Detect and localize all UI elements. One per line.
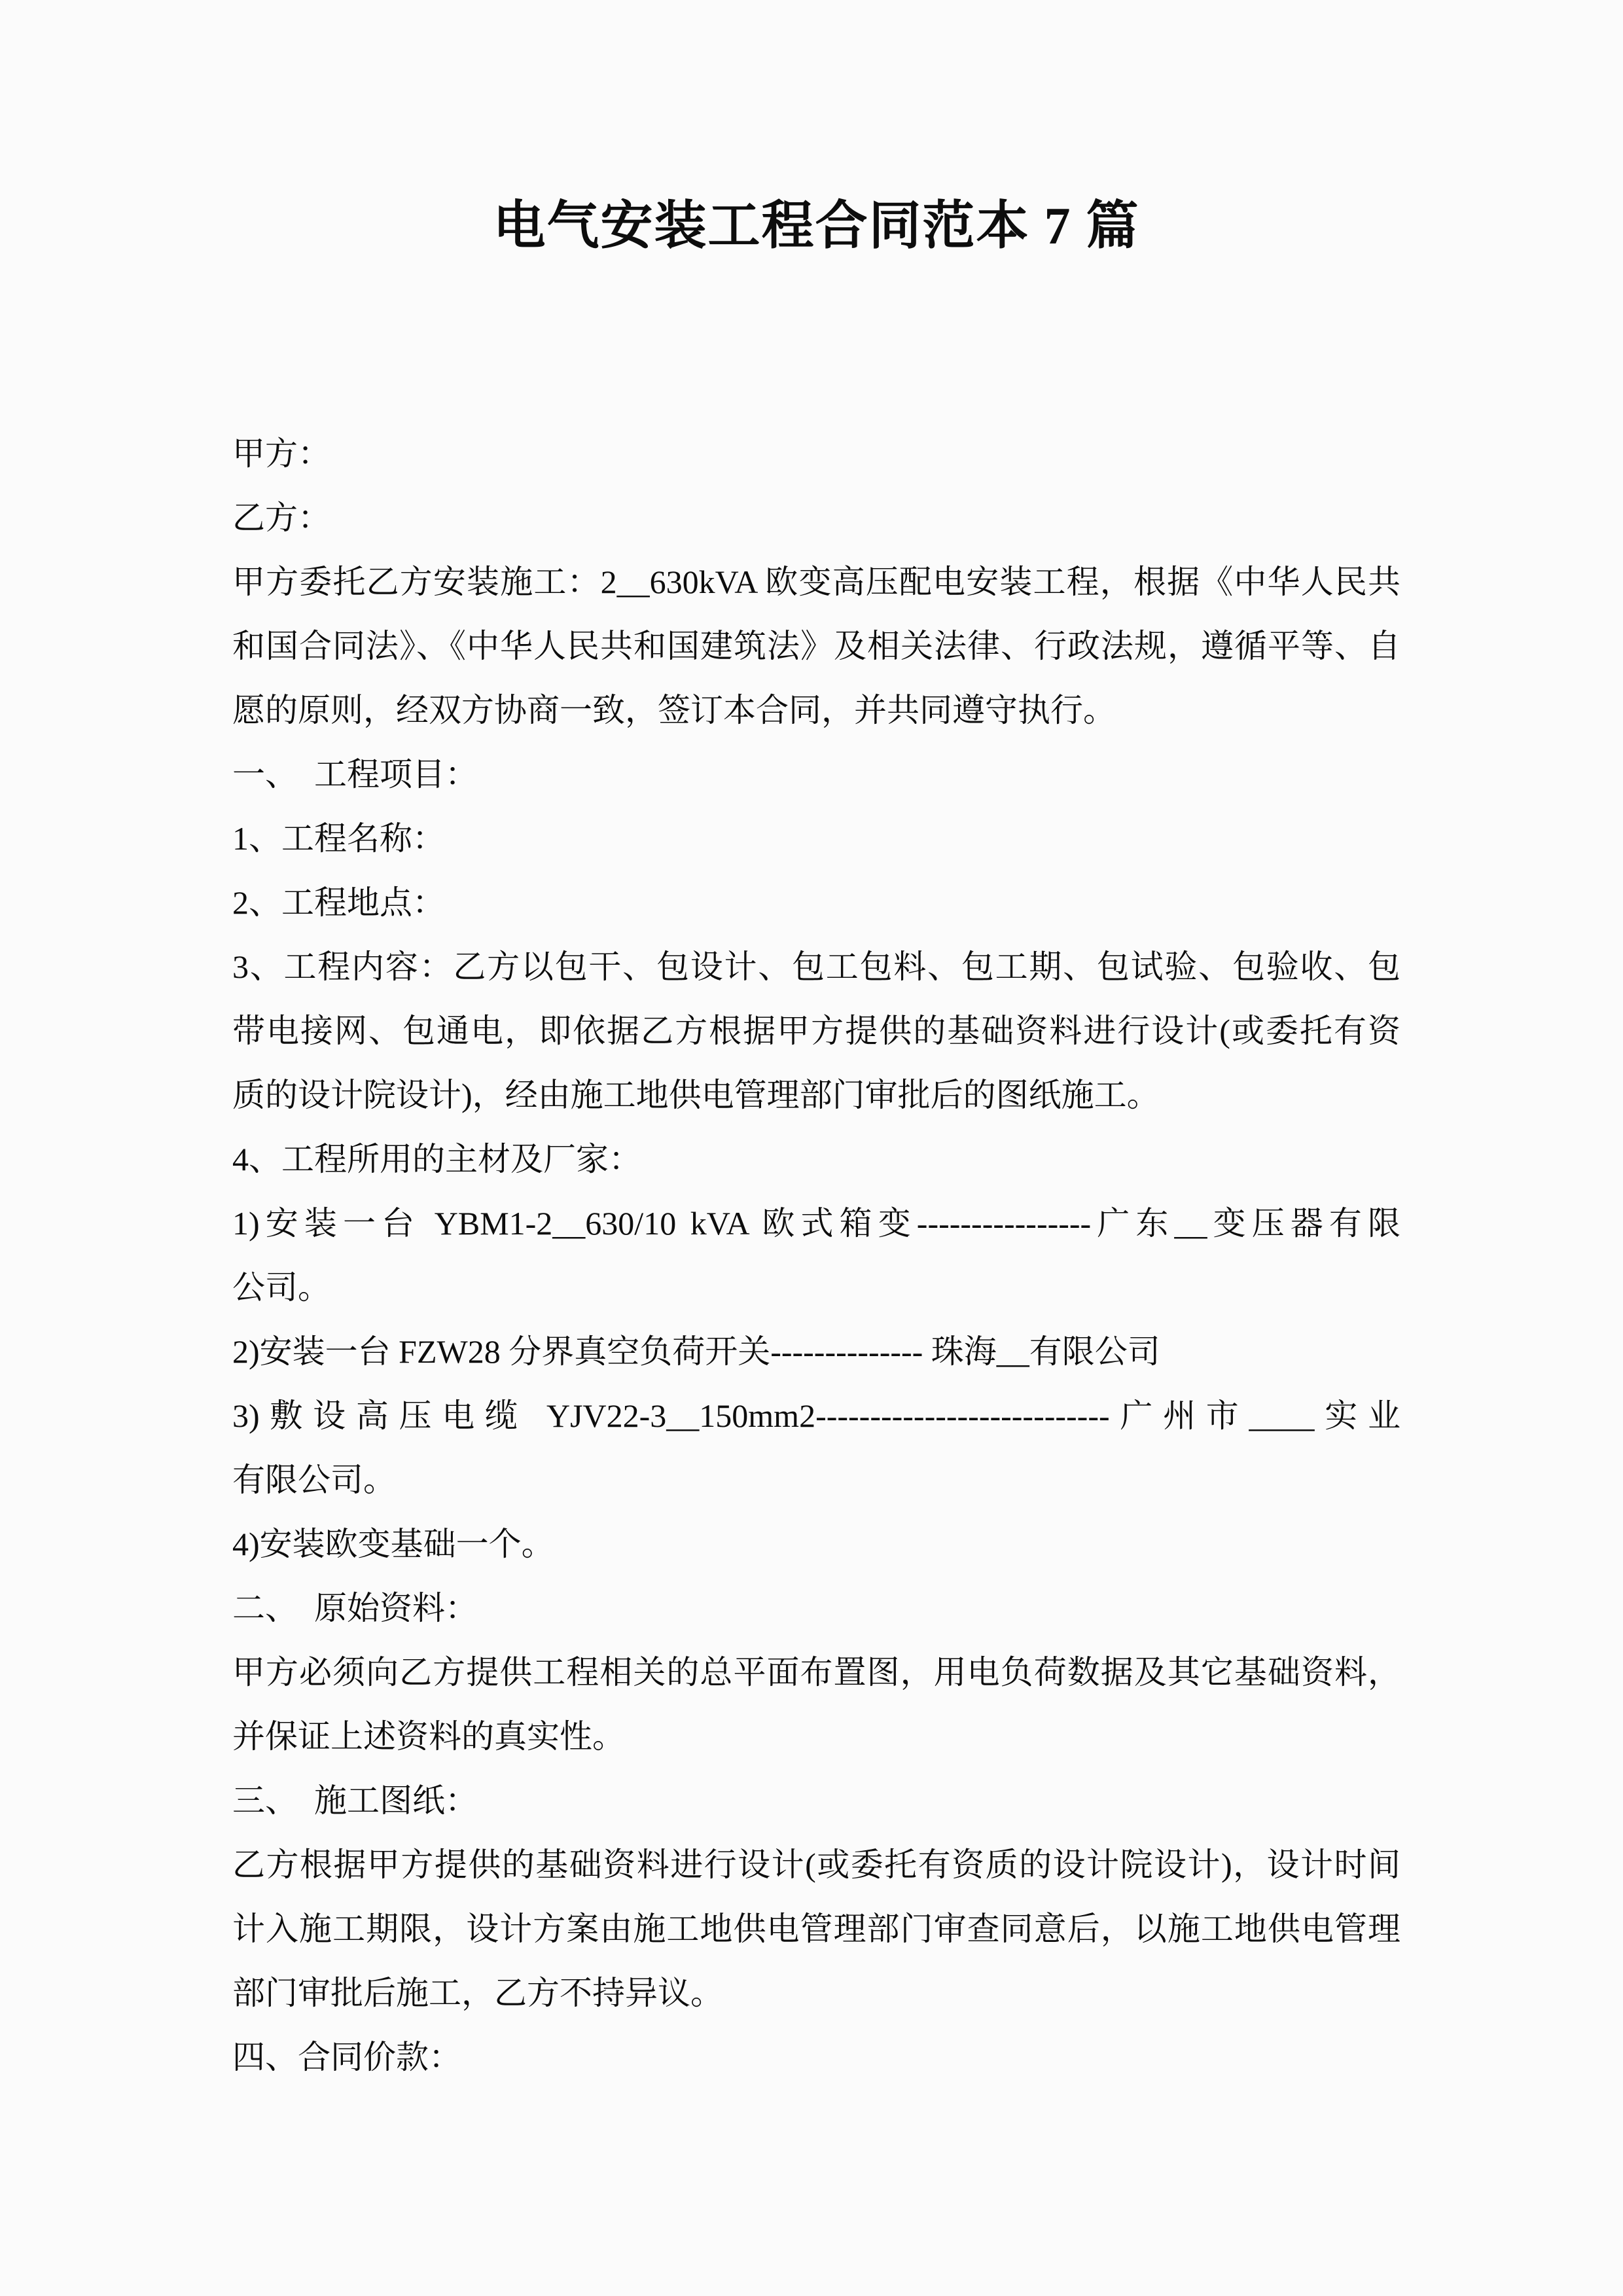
paragraph-line: 和国合同法》、《中华人民共和国建筑法》及相关法律、行政法规，遵循平等、自 <box>232 614 1400 678</box>
paragraph-line: 1)安装一台 YBM1-2__630/10 kVA 欧式箱变----------… <box>232 1191 1400 1255</box>
paragraph-line: 部门审批后施工，乙方不持异议。 <box>232 1961 1400 2025</box>
paragraph-line: 2、工程地点： <box>232 870 1400 935</box>
paragraph-line: 带电接网、包通电，即依据乙方根据甲方提供的基础资料进行设计(或委托有资 <box>232 999 1400 1063</box>
paragraph-line: 有限公司。 <box>232 1448 1400 1512</box>
paragraph-line: 二、 原始资料： <box>232 1576 1400 1640</box>
paragraph-line: 并保证上述资料的真实性。 <box>232 1704 1400 1768</box>
paragraph-line: 甲方必须向乙方提供工程相关的总平面布置图，用电负荷数据及其它基础资料， <box>232 1640 1400 1704</box>
paragraph-line: 乙方： <box>232 486 1400 550</box>
paragraph-line: 甲方： <box>232 422 1400 486</box>
paragraph-line: 质的设计院设计)，经由施工地供电管理部门审批后的图纸施工。 <box>232 1063 1400 1127</box>
paragraph-line: 四、合同价款： <box>232 2025 1400 2089</box>
document-page: 电气安装工程合同范本 7 篇 甲方：乙方：甲方委托乙方安装施工：2__630kV… <box>0 0 1623 2296</box>
paragraph-line: 三、 施工图纸： <box>232 1768 1400 1833</box>
paragraph-line: 3、工程内容：乙方以包干、包设计、包工包料、包工期、包试验、包验收、包 <box>232 935 1400 999</box>
paragraph-line: 4)安装欧变基础一个。 <box>232 1512 1400 1576</box>
paragraph-line: 乙方根据甲方提供的基础资料进行设计(或委托有资质的设计院设计)，设计时间 <box>232 1833 1400 1897</box>
paragraph-line: 甲方委托乙方安装施工：2__630kVA 欧变高压配电安装工程，根据《中华人民共 <box>232 550 1400 614</box>
paragraph-line: 愿的原则，经双方协商一致，签订本合同，并共同遵守执行。 <box>232 678 1400 742</box>
paragraph-line: 公司。 <box>232 1255 1400 1319</box>
paragraph-line: 3)敷设高压电缆 YJV22-3__150mm2----------------… <box>232 1384 1400 1448</box>
paragraph-line: 计入施工期限，设计方案由施工地供电管理部门审查同意后，以施工地供电管理 <box>232 1897 1400 1961</box>
paragraph-line: 1、工程名称： <box>232 806 1400 870</box>
paragraph-line: 一、 工程项目： <box>232 742 1400 806</box>
paragraph-line: 2)安装一台 FZW28 分界真空负荷开关-------------- 珠海__… <box>232 1319 1400 1384</box>
document-body: 甲方：乙方：甲方委托乙方安装施工：2__630kVA 欧变高压配电安装工程，根据… <box>232 422 1400 2089</box>
paragraph-line: 4、工程所用的主材及厂家： <box>232 1127 1400 1191</box>
document-title: 电气安装工程合同范本 7 篇 <box>232 196 1400 257</box>
